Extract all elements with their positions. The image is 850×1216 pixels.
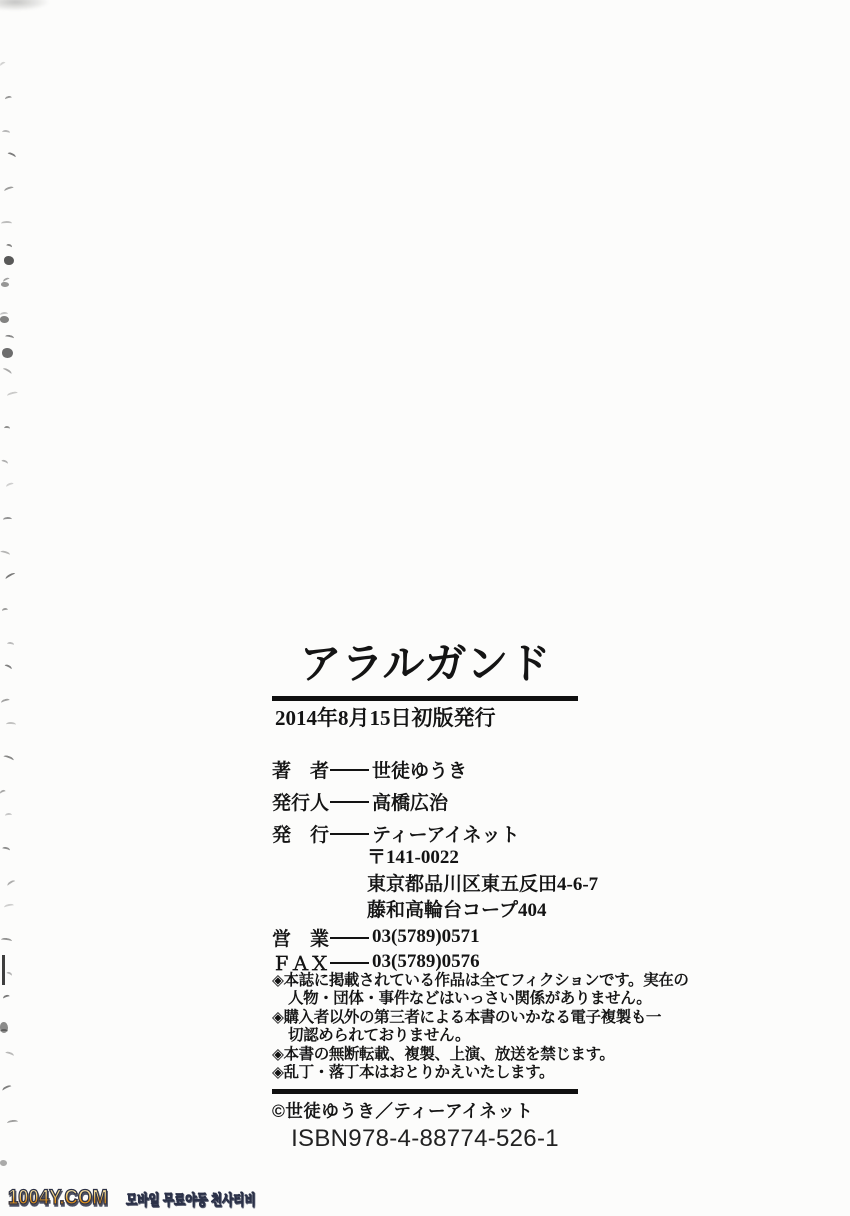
credit-label: 著 者: [272, 756, 330, 783]
leader-dash: [330, 962, 369, 964]
contact-row-sales: 営 業 03(5789)0571: [272, 925, 578, 950]
scan-artifact: [2, 994, 10, 1001]
scan-artifact: [2, 754, 14, 763]
scan-artifact: [0, 459, 8, 466]
title-rule: [272, 696, 578, 701]
contact-label: 営 業: [272, 924, 330, 951]
copyright-line: ©世徒ゆうき／ティーアイネット: [272, 1100, 578, 1122]
scan-smudge: [0, 0, 50, 11]
isbn-number: ISBN978-4-88774-526-1: [272, 1125, 578, 1153]
scan-artifact: [1, 1084, 12, 1093]
scan-artifact: [0, 550, 10, 558]
credit-row-publisher-person: 発行人 高橋広治: [272, 785, 578, 817]
scan-artifact: [1, 367, 12, 376]
scan-artifact: [1, 221, 12, 226]
scan-artifact: [4, 1051, 14, 1059]
scan-artifact: [4, 256, 14, 265]
scan-artifact: [6, 879, 16, 888]
leader-dash: [330, 801, 369, 803]
notice-line: ◈本書の無断転載、複製、上演、放送を禁じます。: [272, 1046, 578, 1065]
scan-artifact: [2, 608, 9, 614]
scan-artifact: [7, 641, 15, 647]
scan-artifact: [2, 348, 13, 358]
scan-artifact: [4, 903, 15, 910]
watermark-tagline: 모바일 무료야동 천사티비: [126, 1193, 256, 1209]
scan-artifact: [2, 846, 11, 853]
scan-artifact: [3, 517, 12, 522]
scan-artifact: [3, 185, 14, 193]
scan-artifact: [5, 334, 15, 341]
credit-row-author: 著 者 世徒ゆうき: [272, 753, 578, 785]
scan-artifact: [6, 722, 16, 727]
book-title: アラルガンド: [272, 641, 578, 689]
credit-value: ティーアイネット: [369, 820, 520, 847]
leader-dash: [330, 833, 369, 835]
address-line: 藤和高輪台コープ404: [367, 898, 578, 925]
scan-artifact: [0, 316, 9, 323]
watermark-site-logo: 1004Y.COM: [8, 1186, 108, 1210]
notice-line: ◈購入者以外の第三者による本書のいかなる電子複製も一: [272, 1009, 578, 1028]
scan-artifact: [2, 130, 10, 136]
legal-notices: ◈本誌に掲載されている作品は全てフィクションです。実在の 人物・団体・事件などは…: [272, 972, 578, 1083]
notice-line: ◈本誌に掲載されている作品は全てフィクションです。実在の: [272, 972, 578, 991]
leader-dash: [330, 769, 369, 771]
colophon-block: アラルガンド 2014年8月15日初版発行 著 者 世徒ゆうき 発行人 高橋広治…: [272, 641, 578, 1153]
contact-value: 03(5789)0576: [369, 951, 480, 973]
scan-artifact: [2, 955, 5, 985]
scan-artifact: [5, 482, 14, 490]
scan-artifact: [7, 391, 19, 399]
notice-line: 人物・団体・事件などはいっさい関係がありません。: [272, 990, 578, 1009]
bottom-rule: [272, 1089, 578, 1094]
scan-artifact: [0, 1022, 8, 1033]
scan-artifact: [4, 572, 16, 582]
edition-date: 2014年8月15日初版発行: [272, 705, 578, 731]
scan-artifact: [0, 1160, 7, 1166]
scan-artifact: [3, 663, 12, 671]
scan-artifact: [0, 61, 7, 68]
notice-line: ◈乱丁・落丁本はおとりかえいたします。: [272, 1064, 578, 1083]
scan-artifact: [5, 813, 12, 819]
scan-artifact: [0, 698, 10, 705]
credits-list: 著 者 世徒ゆうき 発行人 高橋広治 発 行 ティーアイネット: [272, 753, 578, 849]
scanned-colophon-page: アラルガンド 2014年8月15日初版発行 著 者 世徒ゆうき 発行人 高橋広治…: [0, 0, 850, 1216]
postal-code: 〒141-0022: [367, 845, 578, 872]
address-line: 東京都品川区東五反田4-6-7: [367, 872, 578, 899]
scan-artifact: [5, 971, 13, 978]
credit-label: 発行人: [272, 788, 330, 815]
scan-artifact: [7, 1119, 19, 1125]
scan-artifact: [5, 243, 12, 250]
credit-label: 発 行: [272, 820, 330, 847]
scan-artifact: [6, 151, 16, 159]
scan-artifact: [1, 282, 9, 287]
contact-value: 03(5789)0571: [369, 926, 480, 948]
scan-artifact: [5, 95, 13, 101]
notice-line: 切認められておりません。: [272, 1027, 578, 1046]
contact-list: 営 業 03(5789)0571 ＦＡＸ 03(5789)0576: [272, 925, 578, 975]
scan-artifact: [1, 937, 13, 943]
scan-artifact: [4, 426, 10, 431]
credit-value: 世徒ゆうき: [369, 756, 467, 783]
scan-artifact: [0, 789, 7, 796]
credit-value: 高橋広治: [369, 788, 448, 815]
leader-dash: [330, 937, 369, 939]
publisher-address: 〒141-0022 東京都品川区東五反田4-6-7 藤和高輪台コープ404: [367, 845, 578, 925]
